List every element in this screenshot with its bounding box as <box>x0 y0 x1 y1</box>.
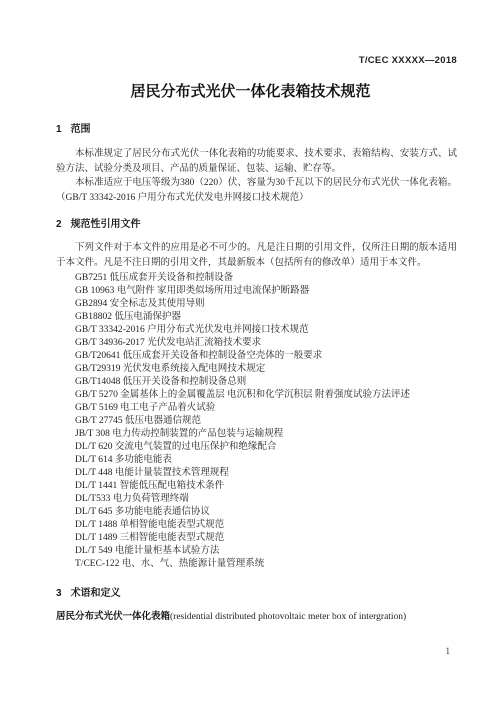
reference-item: DL/T533 电力负荷管理终端 <box>75 493 457 506</box>
section-1-number: 1 <box>56 124 62 136</box>
reference-item: GB/T29319 光伏发电系统接入配电网技术规定 <box>75 363 457 376</box>
section-3-number: 3 <box>56 588 62 600</box>
reference-item: GB2894 安全标志及其使用导则 <box>75 298 457 311</box>
references-intro-paragraph: 下列文件对于本文件的应用是必不可少的。凡是注日期的引用文件，仅所注日期的版本适用… <box>56 241 457 270</box>
section-1-title: 范围 <box>71 124 91 135</box>
section-2-title: 规范性引用文件 <box>71 219 141 230</box>
reference-item: DL/T 549 电能计量柜基本试验方法 <box>75 545 457 558</box>
term-chinese: 居民分布式光伏一体化表箱 <box>56 611 170 622</box>
reference-item: DL/T 614 多功能电能表 <box>75 454 457 467</box>
section-2-number: 2 <box>56 219 62 231</box>
term-definition-line: 居民分布式光伏一体化表箱(residential distributed pho… <box>56 610 457 624</box>
reference-item: DL/T 620 交流电气装置的过电压保护和绝缘配合 <box>75 441 457 454</box>
section-1-heading: 1范围 <box>56 124 457 136</box>
reference-item: T/CEC-122 电、水、气、热能源计量管理系统 <box>75 558 457 571</box>
reference-item: GB/T 33342-2016 户用分布式光伏发电并网接口技术规范 <box>75 324 457 337</box>
reference-item: DL/T 448 电能计量装置技术管理规程 <box>75 467 457 480</box>
reference-item: GB/T 27745 低压电器通信规范 <box>75 415 457 428</box>
reference-item: GB/T14048 低压开关设备和控制设备总则 <box>75 376 457 389</box>
reference-item: GB/T 5169 电工电子产品着火试验 <box>75 402 457 415</box>
reference-item: GB/T 34936-2017 光伏发电站汇流箱技术要求 <box>75 337 457 350</box>
document-title: 居民分布式光伏一体化表箱技术规范 <box>50 83 451 100</box>
reference-item: DL/T 1488 单相智能电能表型式规范 <box>75 519 457 532</box>
reference-item: GB/T 5270 金属基体上的金属覆盖层 电沉积和化学沉积层 附着强度试验方法… <box>75 389 457 402</box>
term-english: (residential distributed photovoltaic me… <box>170 612 406 622</box>
scope-paragraph-1: 本标准规定了居民分布式光伏一体化表箱的功能要求、技术要求、表箱结构、安装方式、试… <box>56 147 457 176</box>
standard-code-header: T/CEC XXXXX—2018 <box>56 55 457 67</box>
reference-list: GB7251 低压成套开关设备和控制设备GB 10963 电气附件 家用即类似场… <box>56 272 457 571</box>
document-page: T/CEC XXXXX—2018 居民分布式光伏一体化表箱技术规范 1范围 本标… <box>0 0 500 707</box>
page-number: 1 <box>446 646 451 656</box>
scope-paragraph-2: 本标准适应于电压等级为380（220）伏、容量为30千瓦以下的居民分布式光伏一体… <box>56 176 457 205</box>
reference-item: DL/T 1441 智能低压配电箱技术条件 <box>75 480 457 493</box>
section-2-heading: 2规范性引用文件 <box>56 219 457 231</box>
reference-item: GB7251 低压成套开关设备和控制设备 <box>75 272 457 285</box>
reference-item: GB 10963 电气附件 家用即类似场所用过电流保护断路器 <box>75 285 457 298</box>
reference-item: JB/T 308 电力传动控制装置的产品包装与运输规程 <box>75 428 457 441</box>
reference-item: GB/T20641 低压成套开关设备和控制设备空壳体的一般要求 <box>75 350 457 363</box>
reference-item: DL/T 1489 三相智能电能表型式规范 <box>75 532 457 545</box>
reference-item: GB18802 低压电涌保护器 <box>75 311 457 324</box>
reference-item: DL/T 645 多功能电能表通信协议 <box>75 506 457 519</box>
section-3-title: 术语和定义 <box>71 588 121 599</box>
section-3-heading: 3术语和定义 <box>56 588 457 600</box>
